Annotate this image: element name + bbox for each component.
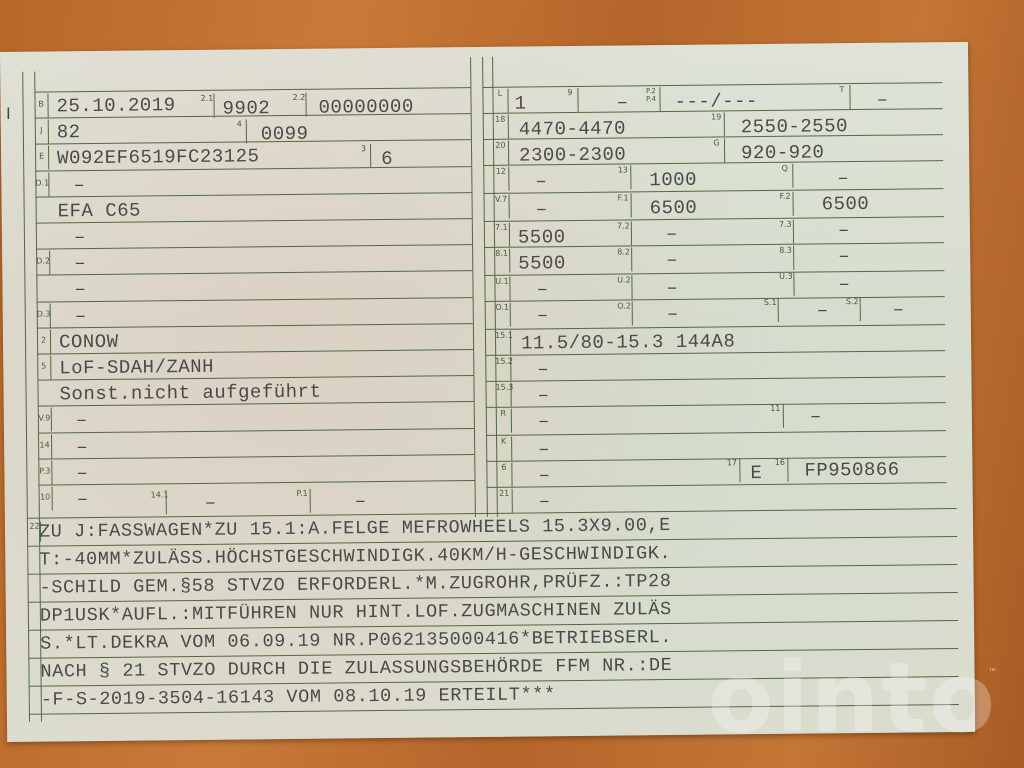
frame-line [22, 72, 30, 722]
field-value: – [77, 488, 89, 510]
field-code-K: K [496, 437, 512, 461]
field-code-S1: S.1 [763, 298, 779, 322]
field-code-13: 13 [615, 165, 631, 189]
row-divider [39, 480, 475, 486]
field-12-value: – [535, 170, 547, 192]
field-8-1-value: 5500 [518, 252, 566, 274]
field-value: EFA C65 [58, 199, 142, 222]
field-R-value: – [538, 410, 550, 432]
row-divider [35, 139, 471, 145]
field-code-F1: F.1 [616, 193, 632, 217]
field-code-8-1: 8.1 [494, 249, 510, 273]
field-code-U2: U.2 [616, 275, 632, 299]
field-code: D.2 [36, 251, 50, 275]
row-divider [38, 454, 474, 460]
field-code-21: 21 [497, 489, 513, 513]
remarks-line: -SCHILD GEM.§58 STVZO ERFORDERL.*M.ZUGRO… [40, 571, 672, 599]
field-value: – [75, 305, 87, 327]
field-code: E [35, 146, 49, 170]
field-code-11: 11 [768, 404, 784, 428]
remarks-line: S.*LT.DEKRA VOM 06.09.19 NR.P06213500041… [40, 627, 672, 655]
field-code-V7: V.7 [494, 195, 510, 219]
field-8-3-value: – [838, 245, 850, 267]
field-U3-value: – [838, 273, 850, 295]
field-code-3: 3 [357, 144, 371, 168]
fold-line [482, 57, 488, 517]
field-2-1-value: 9902 [222, 97, 270, 119]
field-code: D.3 [37, 303, 51, 327]
field-9-value: – [616, 91, 628, 113]
field-21-value: – [539, 490, 551, 512]
field-code: D.1 [35, 172, 49, 196]
field-value: – [73, 174, 85, 196]
field-S2-value: – [893, 299, 905, 321]
field-code-O1: O.1 [495, 303, 511, 327]
field-code-2-1: 2.1 [200, 94, 214, 118]
field-value: – [76, 462, 88, 484]
field-value: Sonst.nicht aufgeführt [59, 381, 321, 406]
field-15-3-value: – [538, 384, 550, 406]
field-value: 82 [57, 121, 81, 143]
field-code: 5 [37, 355, 51, 379]
field-3-value: 6 [381, 148, 393, 170]
field-O1-value: – [537, 304, 549, 326]
edge-mark: I [6, 104, 11, 123]
field-L-value: 1 [514, 92, 526, 114]
brand-watermark: ointo [708, 650, 997, 746]
field-F2-value: 6500 [822, 193, 870, 215]
field-code: 10 [39, 486, 53, 510]
left-column: B25.10.2019J82EW092EF6519FC23125D.1–EFA … [0, 42, 968, 52]
field-code-L: L [492, 89, 508, 113]
field-value: – [76, 436, 88, 458]
field-2-2-value: 00000000 [318, 96, 413, 119]
remarks-line: DP1USK*AUFL.:MITFÜHREN NUR HINT.LOF.ZUGM… [40, 599, 672, 627]
field-code: P.3 [38, 460, 52, 484]
field-code-8-3: 8.3 [778, 246, 794, 270]
field-value: 25.10.2019 [56, 94, 175, 117]
field-code: 2 [37, 329, 51, 353]
field-4-value: 0099 [261, 123, 309, 145]
field-S1-value: – [817, 299, 829, 321]
field-O2-value: – [667, 303, 679, 325]
field-code-4: 4 [233, 119, 247, 143]
row-divider [37, 323, 473, 329]
field-code-U3: U.3 [778, 272, 794, 296]
field-code-20: 20 [493, 141, 509, 165]
field-code: B [34, 93, 48, 117]
field-code-6: 6 [496, 463, 512, 487]
row-divider [36, 244, 472, 250]
row-divider [38, 428, 474, 434]
field-U2-value: – [666, 277, 678, 299]
trademark-symbol: ™ [988, 668, 997, 678]
field-code-p1: P.1 [295, 489, 311, 513]
field-code-O2: O.2 [617, 301, 633, 325]
field-code-15-3: 15.3 [495, 383, 511, 407]
field-value: LoF-SDAH/ZANH [59, 356, 214, 380]
field-value: W092EF6519FC23125 [57, 146, 260, 170]
field-U1-value: – [536, 278, 548, 300]
field-value: – [74, 226, 86, 248]
remarks-line: ZU J:FASSWAGEN*ZU 15.1:A.FELGE MEFROWHEE… [39, 515, 671, 543]
field-code-19: 19 [709, 112, 725, 136]
field-K-value: – [538, 438, 550, 460]
field-code-S2: S.2 [845, 297, 861, 321]
field-code-U1: U.1 [494, 277, 510, 301]
field-value: – [74, 278, 86, 300]
remarks-line: T:-40MM*ZULÄSS.HÖCHSTGESCHWINDIGK.40KM/H… [39, 543, 671, 571]
remarks-field-22: ZU J:FASSWAGEN*ZU 15.1:A.FELGE MEFROWHEE… [0, 42, 968, 52]
registration-document: B25.10.2019J82EW092EF6519FC23125D.1–EFA … [0, 42, 975, 742]
fold-line [470, 57, 476, 517]
field-value: – [74, 252, 86, 274]
field-code: J [35, 120, 49, 144]
field-7-3-value: – [838, 219, 850, 241]
field-11-value: – [810, 405, 822, 427]
field-code-17: 17 [724, 458, 740, 482]
field-code-T: T [834, 85, 850, 109]
field-code-7-2: 7.2 [616, 221, 632, 245]
field-17-value: E [750, 462, 762, 484]
field-code: V.9 [38, 408, 52, 432]
field-p1-value: – [355, 490, 367, 512]
row-divider [36, 192, 472, 198]
field-15-1-value: 11.5/80-15.3 144A8 [521, 330, 735, 354]
field-code-15-2: 15.2 [495, 357, 511, 381]
field-code-8-2: 8.2 [616, 247, 632, 271]
field-Q-value: – [837, 167, 849, 189]
remarks-line: -F-S-2019-3504-16143 VOM 08.10.19 ERTEIL… [41, 684, 556, 710]
row-divider [34, 87, 470, 93]
field-code-7-3: 7.3 [778, 220, 794, 244]
field-code-16: 16 [772, 458, 788, 482]
field-14-1-value: – [205, 492, 217, 514]
field-7-2-value: – [666, 223, 678, 245]
field-code-7-1: 7.1 [494, 223, 510, 247]
field-code-Q: Q [777, 164, 793, 188]
row-divider [36, 270, 472, 276]
field-16-value: FP950866 [804, 459, 899, 482]
field-value: CONOW [59, 331, 119, 354]
field-code-G: G [709, 138, 725, 162]
field-code: 14 [38, 434, 52, 458]
field-V7-value: – [536, 198, 548, 220]
field-6-value: – [538, 464, 550, 486]
row-divider [37, 297, 473, 303]
field-value: – [76, 409, 88, 431]
field-code-2-2: 2.2 [292, 93, 306, 117]
field-code-12: 12 [493, 167, 509, 191]
field-8-2-value: – [666, 249, 678, 271]
remarks-line: NACH § 21 STVZO DURCH DIE ZULASSUNGSBEHÖ… [40, 655, 672, 683]
right-column: L 1 9 – P.2 P.4 ---/--- T – 18 4470-4470… [0, 42, 968, 52]
field-code-15-1: 15.1 [495, 331, 511, 355]
field-code-F2: F.2 [778, 192, 794, 216]
field-T-value: – [876, 89, 888, 111]
field-code-R: R [496, 409, 512, 433]
field-15-2-value: – [537, 358, 549, 380]
field-code-9: 9 [562, 88, 578, 112]
field-13-value: 1000 [649, 169, 697, 191]
field-F1-value: 6500 [650, 197, 698, 219]
field-code-14-1: 14.1 [151, 490, 167, 514]
field-code-18: 18 [493, 115, 509, 139]
field-code-P2-P4: P.2 P.4 [642, 87, 660, 111]
